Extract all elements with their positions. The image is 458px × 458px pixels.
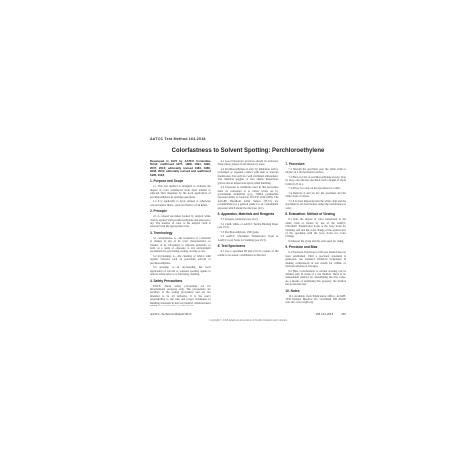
- footer-page-number: 287: [341, 312, 346, 316]
- screenshot-canvas: AATCC Test Method 163-2018 Colorfastness…: [0, 0, 458, 458]
- method-number: AATCC Test Method 163-2018: [150, 137, 206, 141]
- paragraph: 6.1 Use a specimen 80 mm (3.0 in.) squar…: [218, 250, 279, 257]
- paragraph: 5.1 Dropper, medicine (see 10.2).: [218, 218, 279, 221]
- section-heading: 8. Evaluation: Method of Viewing: [285, 213, 346, 217]
- history-note: Developed in 1972 by AATCC Committee RA4…: [150, 160, 211, 177]
- column-1: Developed in 1972 by AATCC Committee RA4…: [150, 160, 211, 306]
- column-3: 7. Procedure 7.1 Smooth the specimen ove…: [285, 160, 346, 306]
- section-heading: 7. Procedure: [285, 163, 346, 167]
- section-heading: 2. Principle: [150, 210, 211, 214]
- section-heading: 5. Apparatus, Materials and Reagents: [218, 213, 279, 217]
- section-heading: 3. Terminology: [150, 232, 211, 236]
- paragraph: 5.2 Cloth, white, or AATCC Textile Blott…: [218, 223, 279, 230]
- paragraph: 9.1 Precision. Precision for this test m…: [285, 251, 346, 268]
- paragraph: 5.3 Perchloroethylene, USP grade.: [218, 231, 279, 234]
- paragraph: 8.2 Report the grade and the scale used …: [285, 240, 346, 243]
- document-columns: Developed in 1972 by AATCC Committee RA4…: [150, 160, 346, 306]
- section-heading: 4. Safety Precautions: [150, 280, 211, 284]
- paragraph: 1.2 It is applicable to dyed, printed or…: [150, 200, 211, 207]
- paragraph: 7.2 Place 0.2 mL of perchloroethylene sl…: [285, 176, 346, 186]
- footer-manual-reference: AATCC Technical Manual/2019: [150, 312, 315, 316]
- paragraph: 7.4 Remove it and air dry the specimen a…: [285, 192, 346, 199]
- paragraph: 2.1 A colored specimen backed by undyed …: [150, 215, 211, 229]
- section-heading: 10. Notes: [285, 290, 346, 294]
- column-2: 4.1 Good laboratory practices should be …: [218, 160, 279, 306]
- paragraph: 7.1 Smooth the specimen over the white c…: [285, 168, 346, 175]
- paragraph: 4.2 Perchloroethylene is toxic by inhala…: [218, 168, 279, 185]
- document-page: AATCC Test Method 163-2018 Colorfastness…: [112, 129, 346, 337]
- paragraph: 4.3 Exposure to chemicals used in this p…: [218, 186, 279, 210]
- paragraph: 4.1 Good laboratory practices should be …: [218, 160, 279, 167]
- page-footer: AATCC Technical Manual/2019 TM 163-20182…: [150, 312, 346, 316]
- section-heading: 6. Test Specimens: [218, 245, 279, 249]
- paragraph: 3.1 colorfastness, n.—the resistance of …: [150, 237, 211, 254]
- paragraph: 10.1 Available from Publications Office,…: [285, 295, 346, 305]
- section-heading: 1. Purpose and Scope: [150, 180, 211, 184]
- paragraph: 8.1 Rate the degree of color transferred…: [285, 218, 346, 238]
- footer-method-code: TM 163-2018: [315, 312, 333, 316]
- footer-method-code-wrap: TM 163-2018287: [315, 312, 346, 316]
- paragraph: 3.2 drycleaning, n.—the cleaning of fabr…: [150, 255, 211, 265]
- paragraph: 7.3 Allow it to stay on the specimen for…: [285, 187, 346, 190]
- paragraph: 3.3 spotting, n.—in drycleaning, the loc…: [150, 266, 211, 276]
- paragraph: 9.2 Bias. Colorfastness to solvent spott…: [285, 270, 346, 287]
- paragraph: NOTE: These safety precautions are for i…: [150, 285, 211, 306]
- paragraph: 5.4 AATCC Chromatic Transference Scale o…: [218, 235, 279, 242]
- section-heading: 9. Precision and Bias: [285, 246, 346, 250]
- document-title: Colorfastness to Solvent Spotting: Perch…: [150, 148, 346, 154]
- paragraph: 7.5 It is most important that the white …: [285, 200, 346, 210]
- footer-copyright: Copyright © 2018 American Association of…: [150, 319, 346, 322]
- paragraph: 1.1 This test method is designed to eval…: [150, 185, 211, 199]
